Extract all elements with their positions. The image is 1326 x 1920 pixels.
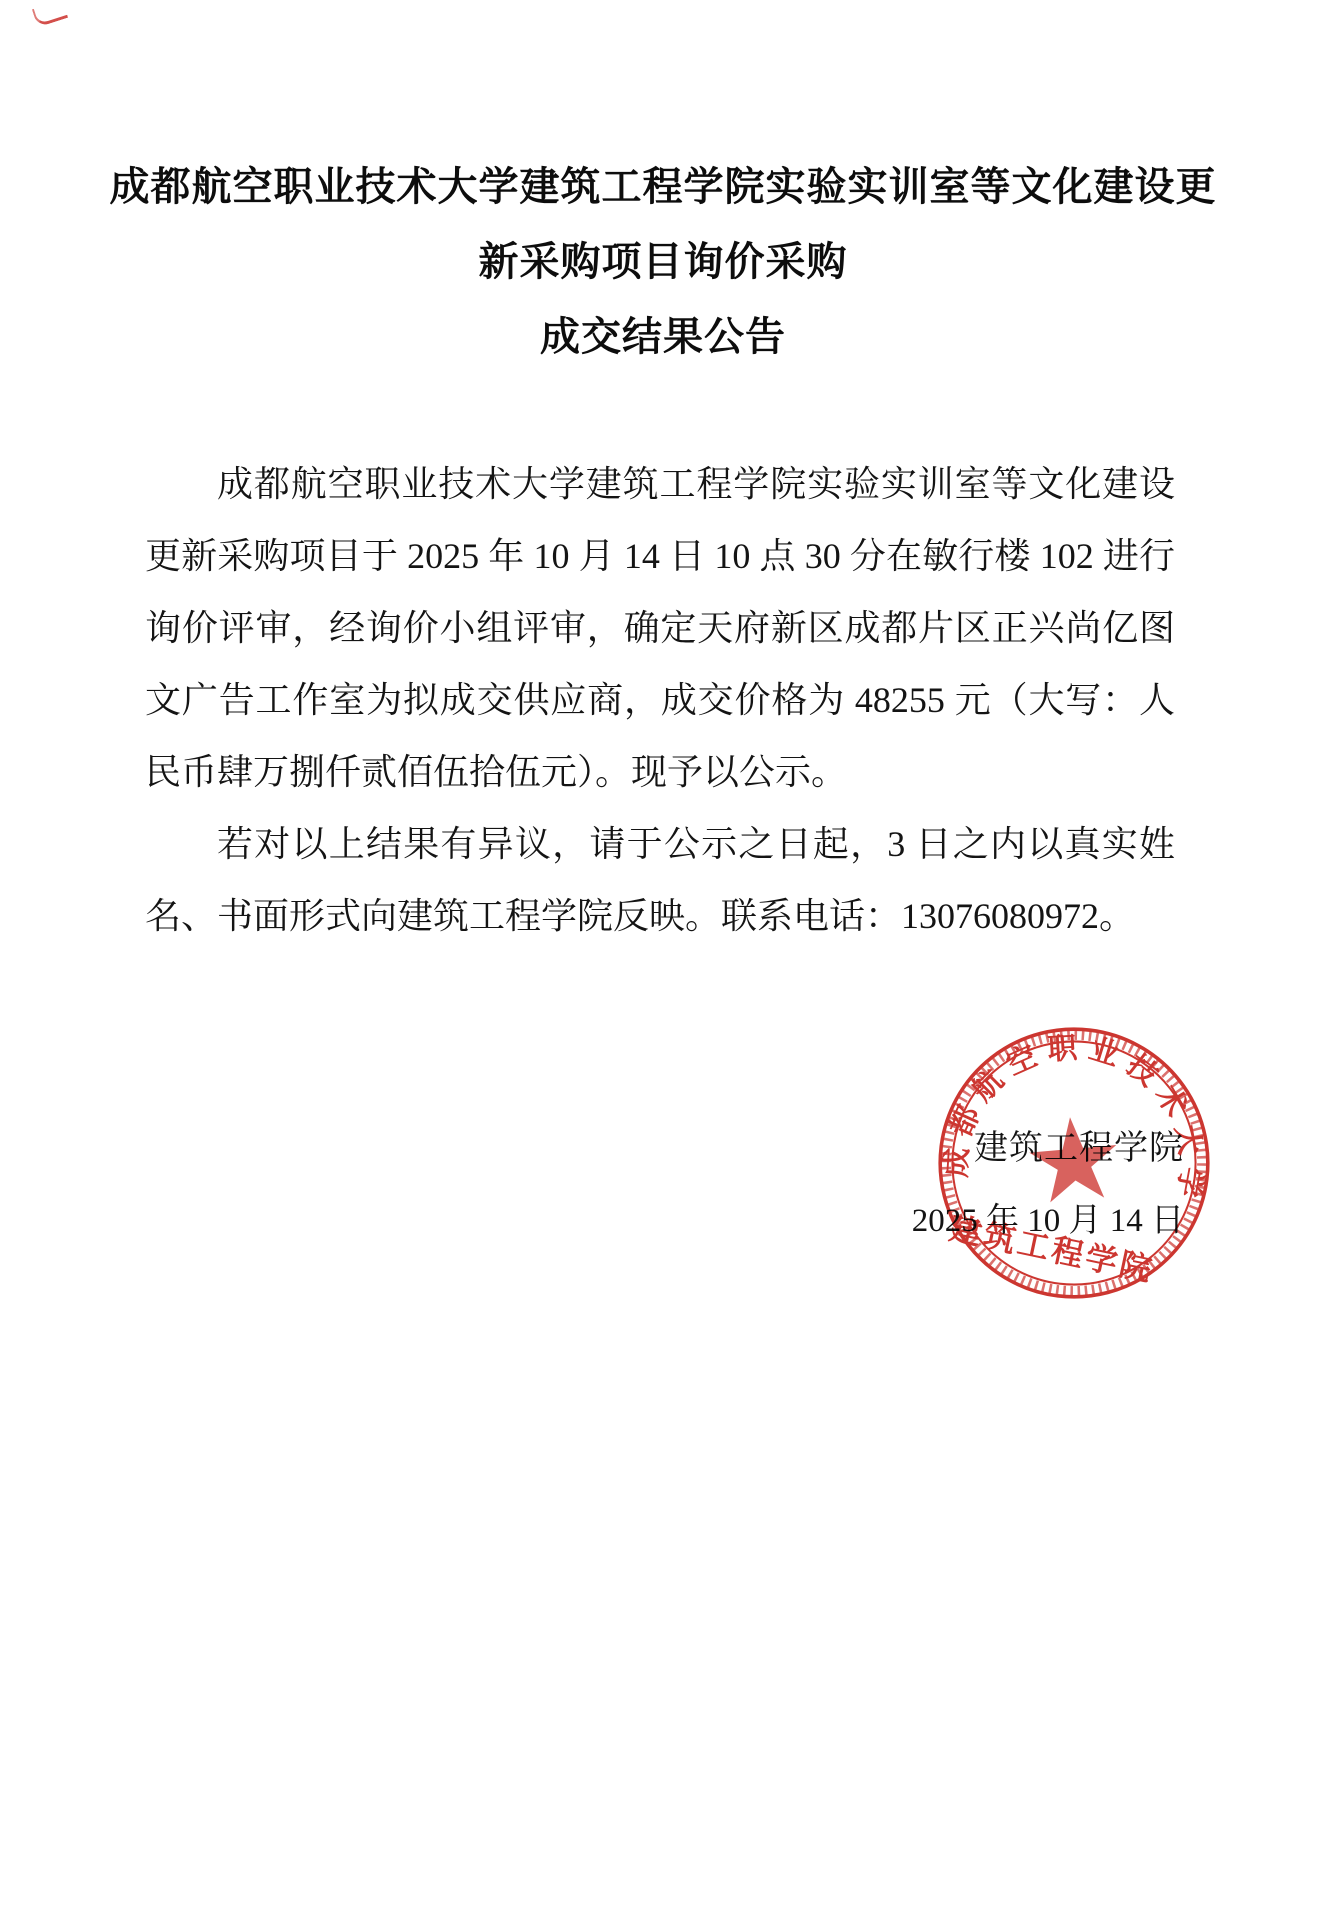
title-line-1: 成都航空职业技术大学建筑工程学院实验实训室等文化建设更	[0, 150, 1326, 225]
title-line-2: 新采购项目询价采购	[0, 225, 1326, 300]
paragraph-objection: 若对以上结果有异议，请于公示之日起，3 日之内以真实姓名、书面形式向建筑工程学院…	[145, 808, 1175, 952]
title-line-3: 成交结果公告	[0, 300, 1326, 375]
signature-department: 建筑工程学院	[974, 1120, 1184, 1169]
signature-date: 2025 年 10 月 14 日	[912, 1194, 1184, 1241]
scan-artifact	[32, 0, 68, 27]
seal-arc-text: 成都航空职业技术大学	[936, 1014, 1224, 1209]
paragraph-announcement: 成都航空职业技术大学建筑工程学院实验实训室等文化建设更新采购项目于 2025 年…	[145, 448, 1175, 808]
document-body: 成都航空职业技术大学建筑工程学院实验实训室等文化建设更新采购项目于 2025 年…	[145, 448, 1175, 952]
document-page: 成都航空职业技术大学建筑工程学院实验实训室等文化建设更 新采购项目询价采购 成交…	[0, 0, 1326, 1920]
document-title: 成都航空职业技术大学建筑工程学院实验实训室等文化建设更 新采购项目询价采购 成交…	[0, 150, 1326, 375]
